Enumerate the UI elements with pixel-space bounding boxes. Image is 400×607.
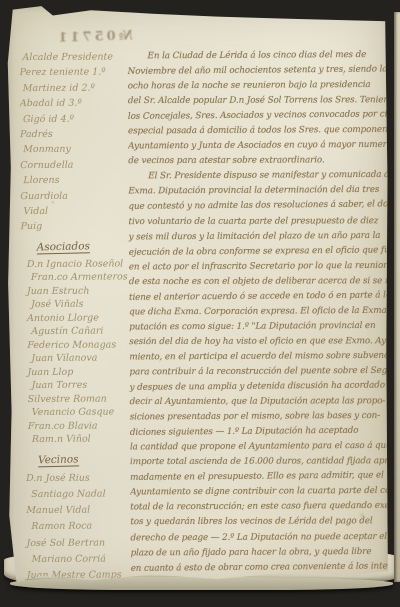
attendee-name: Juan Estruch <box>21 284 135 298</box>
attendee-name: Juan Torres <box>22 379 136 393</box>
attendee-name: José Viñals <box>21 298 135 312</box>
manuscript-line: de vecinos para atestar sobre extraordin… <box>128 154 388 170</box>
manuscript-line: especial pasada á domicilio á todos los … <box>128 123 388 140</box>
attendee-name: Puig <box>21 219 135 235</box>
manuscript-line: ejecución de la obra conforme se expresa… <box>129 243 389 261</box>
manuscript-line: la cantidad que propone el Ayuntamiento … <box>130 439 390 456</box>
manuscript-photo: №05711 Alcalde Presidente Perez teniente… <box>0 0 400 607</box>
manuscript-line: tiene el anterior acuerdo ó se accede en… <box>129 288 389 306</box>
manuscript-line: en el acto por el infrascrito Secretario… <box>129 258 389 275</box>
manuscript-line: decir al Ayuntamiento, que la Diputación… <box>130 394 390 410</box>
bleed-through-stamp: №05711 <box>55 28 133 45</box>
adjacent-page-edge <box>394 12 400 582</box>
manuscript-line: y seis mil duros y la limitación del pla… <box>129 228 389 245</box>
attendee-name: D.n José Rius <box>22 470 136 487</box>
attendee-name: Padrés <box>20 126 134 142</box>
council-list: Alcalde Presidente Perez teniente 1.º Ma… <box>20 49 135 235</box>
attendees-margin-column: Alcalde Presidente Perez teniente 1.º Ma… <box>20 49 137 584</box>
manuscript-line: ocho horas de la noche se reunieron bajo… <box>128 78 388 95</box>
manuscript-line: madamente en el presupuesto. Ello es par… <box>130 469 390 487</box>
attendee-name: Monmany <box>20 142 134 158</box>
attendee-name: Federico Monagas <box>21 338 135 352</box>
attendee-name: Manuel Vidal <box>22 503 136 520</box>
manuscript-line: Noviembre del año mil ochocientos setent… <box>128 62 388 80</box>
attendee-name: Gigó id 4.º <box>20 111 134 127</box>
page-stack-edge-lower <box>10 577 393 590</box>
manuscript-line: los Concejales, Sres. Asociados y vecino… <box>128 108 388 126</box>
attendee-name: Fran.co Armenteros <box>21 271 135 285</box>
manuscript-line: Ayuntamiento y Junta de Asociados en cuy… <box>128 138 388 155</box>
manuscript-line: tivo voluntario de la cuarta parte del p… <box>129 214 389 230</box>
attendee-name: Martinez id 2.º <box>20 80 134 96</box>
attendee-name: D.n Ignacio Roseñol <box>21 257 135 271</box>
page-content: №05711 Alcalde Presidente Perez teniente… <box>5 4 391 586</box>
attendee-name: Ramon Roca <box>22 519 136 536</box>
attendee-name: Santiago Nadal <box>22 486 136 503</box>
manuscript-body: En la Ciudad de Lérida á los cinco dias … <box>127 48 390 582</box>
vecinos-list: D.n José Rius Santiago Nadal Manuel Vida… <box>22 470 137 584</box>
attendee-name: Abadal id 3.º <box>20 96 134 112</box>
attendee-name: Juan Vilanova <box>21 352 135 366</box>
attendee-name: Silvestre Roman <box>22 392 136 406</box>
manuscript-line: en cuanto á esto de obrar como crea conv… <box>131 559 391 577</box>
attendee-name: Juan Llop <box>21 365 135 379</box>
attendee-name: Mariano Corriá <box>23 551 137 568</box>
manuscript-line: El Sr. Presidente dispuso se manifestar … <box>128 168 388 185</box>
attendee-name: Perez teniente 1.º <box>20 65 134 81</box>
manuscript-line: derecho de peage — 2.º La Diputación no … <box>130 529 390 546</box>
manuscript-line: miento, en el participa el acuerdo del m… <box>129 349 389 366</box>
attendee-name: Ram.n Viñol <box>22 433 136 447</box>
manuscript-line: que dicha Exma. Corporación expresa. El … <box>129 304 389 321</box>
attendee-name: Fran.co Blavia <box>22 419 136 433</box>
manuscript-line: de esta noche es con el objeto de delibe… <box>129 274 389 290</box>
attendee-name: Llorens <box>20 173 134 189</box>
manuscript-page: №05711 Alcalde Presidente Perez teniente… <box>7 5 389 585</box>
attendee-name: Agustín Cañari <box>21 325 135 339</box>
attendee-name: Venancio Gasque <box>22 406 136 420</box>
asociados-list: D.n Ignacio Roseñol Fran.co Armenteros J… <box>21 257 136 447</box>
manuscript-line: plazo de un año fijado para hacer la obr… <box>131 544 391 561</box>
attendee-name: Vidal <box>20 203 134 219</box>
attendee-name: José Sol Bertran <box>22 535 136 552</box>
manuscript-line: putación es como sigue: 1.º "La Diputaci… <box>129 319 389 336</box>
asociados-header: Asociados <box>37 240 91 254</box>
manuscript-line: tos y quedarán libres los vecinos de Lér… <box>130 515 390 531</box>
attendee-name: Antonio Llorge <box>21 311 135 325</box>
manuscript-line: sesión del dia de hoy ha visto el oficio… <box>129 334 389 350</box>
manuscript-line: que contestó y no admite las dos resoluc… <box>128 198 388 216</box>
manuscript-line: Ayuntamiento se digne contribuir con la … <box>130 484 390 501</box>
attendee-name: Cornudella <box>20 157 134 173</box>
vecinos-header: Vecinos <box>38 453 79 467</box>
attendee-name: Alcalde Presidente <box>20 49 134 65</box>
attendee-name: Guardiola <box>20 188 134 204</box>
manuscript-line: diciones siguientes — 1.º La Diputación … <box>130 424 390 442</box>
